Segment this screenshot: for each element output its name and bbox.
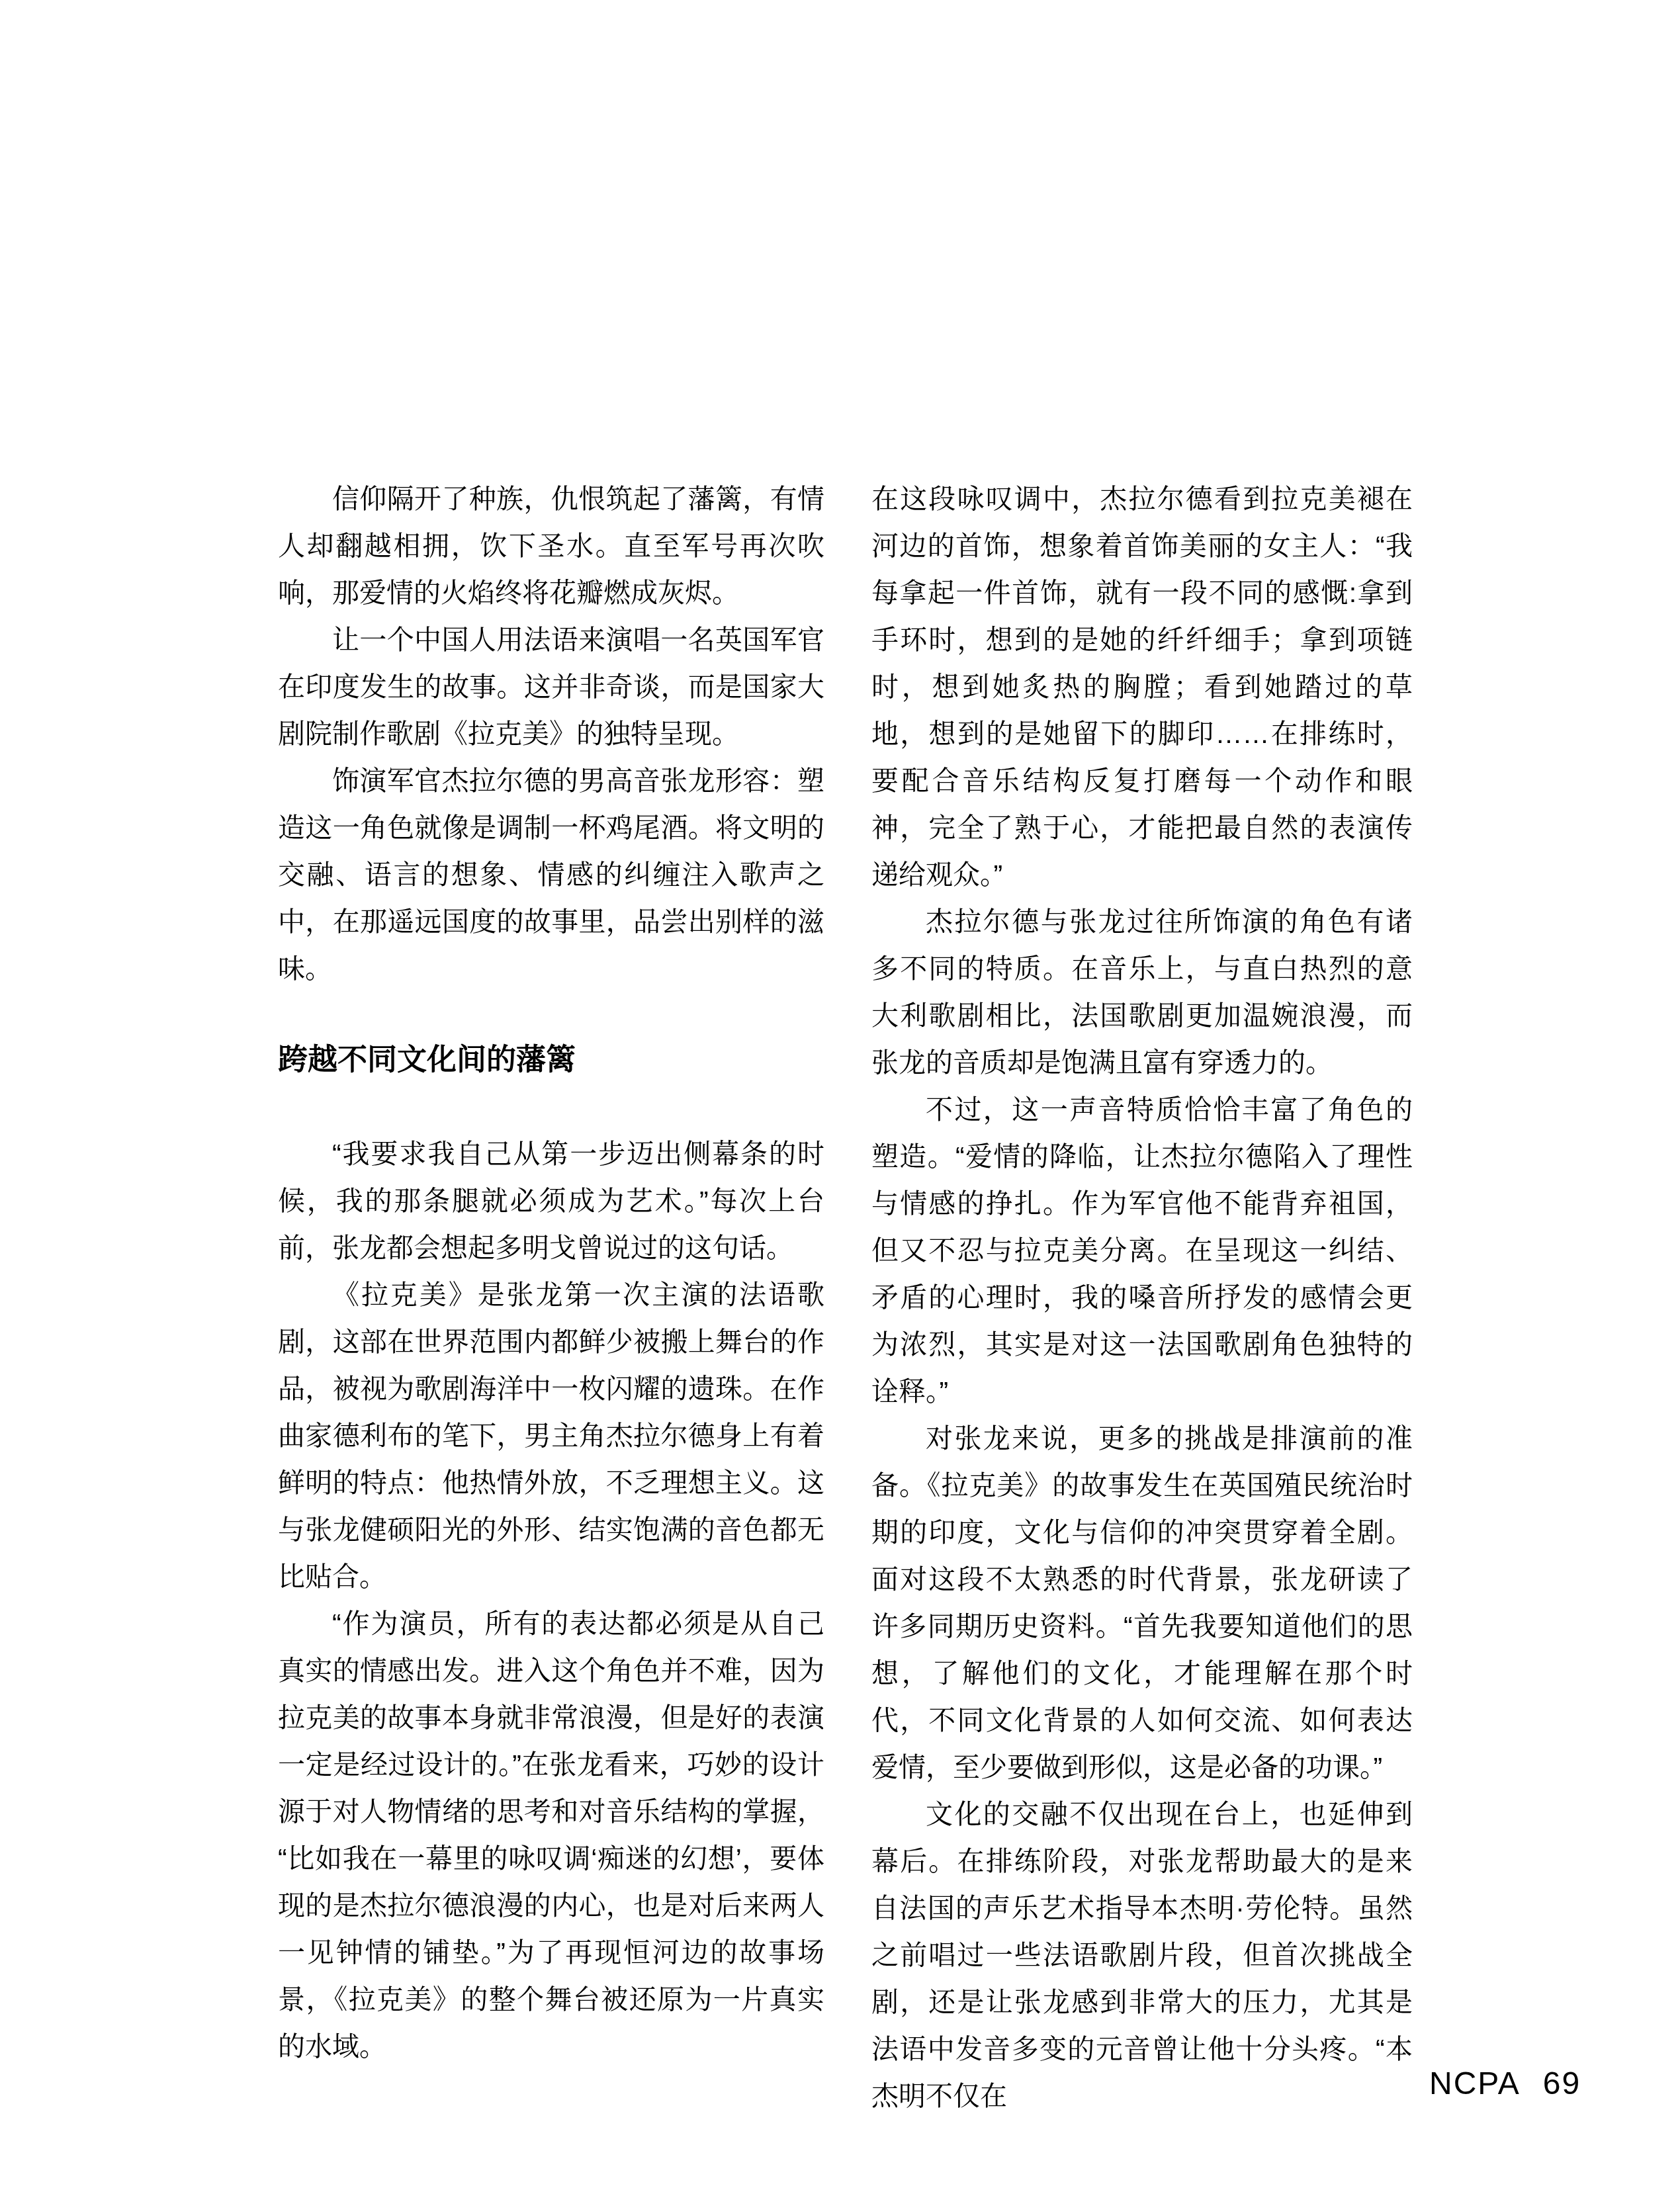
paragraph: 《拉克美》是张龙第一次主演的法语歌剧，这部在世界范围内都鲜少被搬上舞台的作品，被…: [278, 1272, 824, 1600]
paragraph: “作为演员，所有的表达都必须是从自己真实的情感出发。进入这个角色并不难，因为拉克…: [278, 1600, 824, 2070]
footer-journal-label: NCPA: [1429, 2068, 1521, 2100]
document-page: 信仰隔开了种族，仇恨筑起了藩篱，有情人却翻越相拥，饮下圣水。直至军号再次吹响，那…: [0, 0, 1680, 2188]
paragraph-continuation: 在这段咏叹调中，杰拉尔德看到拉克美褪在河边的首饰，想象着首饰美丽的女主人：“我每…: [871, 476, 1413, 898]
right-text-column: 在这段咏叹调中，杰拉尔德看到拉克美褪在河边的首饰，想象着首饰美丽的女主人：“我每…: [871, 476, 1413, 2120]
paragraph: 饰演军官杰拉尔德的男高音张龙形容：塑造这一角色就像是调制一杯鸡尾酒。将文明的交融…: [278, 758, 824, 992]
paragraph: 文化的交融不仅出现在台上，也延伸到幕后。在排练阶段，对张龙帮助最大的是来自法国的…: [871, 1791, 1413, 2120]
paragraph: “我要求我自己从第一步迈出侧幕条的时候，我的那条腿就必须成为艺术。”每次上台前，…: [278, 1131, 824, 1272]
section-heading: 跨越不同文化间的藩篱: [278, 1036, 824, 1083]
left-text-column: 信仰隔开了种族，仇恨筑起了藩篱，有情人却翻越相拥，饮下圣水。直至军号再次吹响，那…: [278, 476, 824, 2070]
paragraph: 对张龙来说，更多的挑战是排演前的准备。《拉克美》的故事发生在英国殖民统治时期的印…: [871, 1415, 1413, 1791]
paragraph: 让一个中国人用法语来演唱一名英国军官在印度发生的故事。这并非奇谈，而是国家大剧院…: [278, 617, 824, 758]
footer-page-number: 69: [1543, 2068, 1581, 2100]
paragraph: 不过，这一声音特质恰恰丰富了角色的塑造。“爱情的降临，让杰拉尔德陷入了理性与情感…: [871, 1086, 1413, 1415]
paragraph: 杰拉尔德与张龙过往所饰演的角色有诸多不同的特质。在音乐上，与直白热烈的意大利歌剧…: [871, 898, 1413, 1086]
page-footer: NCPA 69: [1429, 2068, 1581, 2100]
paragraph: 信仰隔开了种族，仇恨筑起了藩篱，有情人却翻越相拥，饮下圣水。直至军号再次吹响，那…: [278, 476, 824, 617]
